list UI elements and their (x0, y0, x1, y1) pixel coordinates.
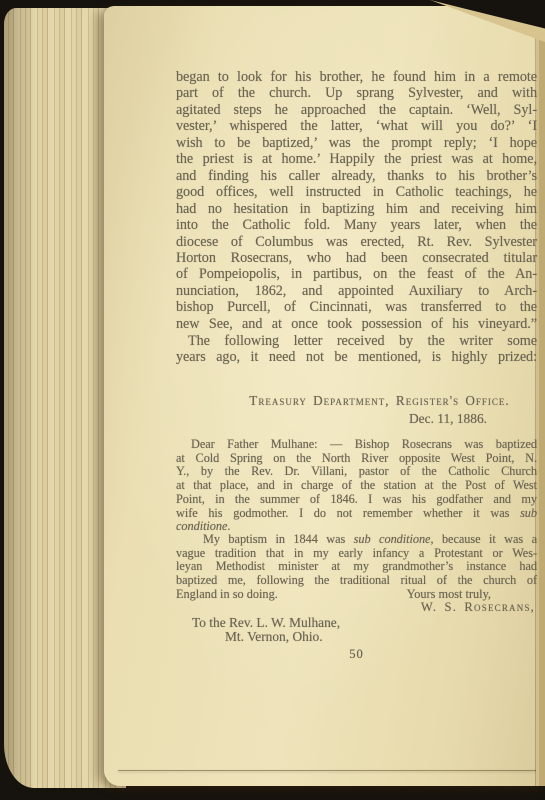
text-line: Y., by the Rev. Dr. Villani, pastor of t… (176, 465, 537, 479)
text-line: vester,’ whispered the latter, ‘what wil… (176, 118, 537, 134)
body-paragraph-2: The following letter received by the wri… (176, 333, 537, 366)
book-photo: began to look for his brother, he found … (0, 0, 545, 800)
text-line: agitated steps he approached the captain… (176, 102, 537, 118)
text-line: baptized me, following the traditional r… (176, 574, 537, 588)
text-line: into the Catholic fold. Many years later… (176, 217, 537, 233)
letter-date: Dec. 11, 1886. (176, 411, 537, 427)
letter-signature: W. S. Rosecrans, (176, 600, 537, 615)
text-line: began to look for his brother, he found … (176, 69, 537, 85)
text-line: at that place, and in charge of the stat… (176, 479, 537, 493)
text-line: bishop Purcell, of Cincinnati, was trans… (176, 299, 537, 315)
text-line: wish to be baptized,’ was the prompt rep… (176, 135, 537, 151)
page-number: 50 (176, 647, 537, 662)
text-line: Point, in the summer of 1846. I was his … (176, 493, 537, 507)
text-line: and finding his caller already, thanks t… (176, 168, 537, 184)
text-line: the priest is at home.’ Happily the prie… (176, 151, 537, 167)
letter-heading: Treasury Department, Register's Office. (176, 393, 537, 409)
text-line: had no hesitation in baptizing him and r… (176, 201, 537, 217)
text-line: new See, and at once took possession of … (176, 316, 537, 332)
text-line: years ago, it need not be mentioned, is … (176, 349, 537, 365)
text-line: of Pompeiopolis, in partibus, on the fea… (176, 266, 537, 282)
text-line: Horton Rosecrans, who had been consecrat… (176, 250, 537, 266)
letter-body-paragraph-2: My baptism in 1844 was sub conditione, b… (176, 533, 537, 588)
text-line: Dear Father Mulhane: — Bishop Rosecrans … (176, 438, 537, 452)
body-paragraph-1: began to look for his brother, he found … (176, 69, 537, 332)
text-line: diocese of Columbus was erected, Rt. Rev… (176, 234, 537, 250)
text-line: at Cold Spring on the North River opposi… (176, 452, 537, 466)
text-line: wife his godmother. I do not remember wh… (176, 507, 537, 521)
text-line: good offices, well instructed in Catholi… (176, 184, 537, 200)
text-line: nunciation, 1862, and appointed Auxiliar… (176, 283, 537, 299)
letter-body-paragraph-1: Dear Father Mulhane: — Bishop Rosecrans … (176, 438, 537, 534)
text-line: leyan Methodist minister at my grandmoth… (176, 560, 537, 574)
text-line: The following letter received by the wri… (176, 333, 537, 349)
text-line: part of the church. Up sprang Sylvester,… (176, 85, 537, 101)
letter-address-line-2: Mt. Vernon, Ohio. (176, 629, 537, 645)
text-line: My baptism in 1844 was sub conditione, b… (176, 533, 537, 547)
text-line: vague tradition that in my early infancy… (176, 547, 537, 561)
